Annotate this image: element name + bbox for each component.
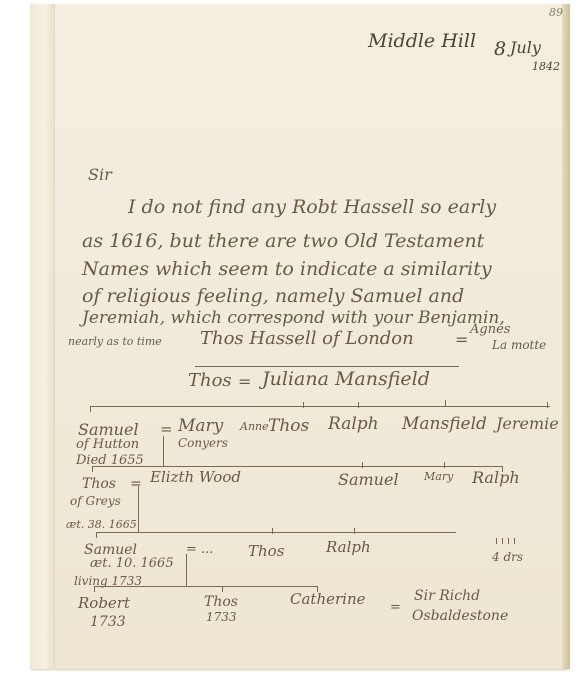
gen5-marriage-sign: = ... bbox=[186, 542, 213, 557]
gen2-tick bbox=[445, 400, 446, 406]
gen5-tick bbox=[94, 586, 95, 592]
gen2-descent-line bbox=[90, 406, 550, 407]
page-number: 89 bbox=[549, 6, 563, 19]
gen3-sibling: Mansfield bbox=[402, 414, 487, 434]
gen5-samuel-age: æt. 10. 1665 bbox=[90, 556, 174, 571]
gen3-wife-line1: Mary bbox=[178, 416, 223, 436]
gen4-sibling: Samuel bbox=[338, 470, 399, 489]
gen4-tick bbox=[514, 538, 515, 544]
gen2-tick bbox=[547, 402, 548, 408]
place-name: Middle Hill bbox=[368, 30, 476, 52]
gen4-tick bbox=[96, 532, 97, 538]
gen4-thos-age: æt. 38. 1665 bbox=[66, 518, 137, 531]
gen4-thos-of: of Greys bbox=[70, 494, 121, 508]
gen2-wife: Juliana Mansfield bbox=[262, 368, 430, 390]
gen4-tick bbox=[272, 528, 273, 534]
gen1-wife-line1: Agnes bbox=[470, 322, 510, 337]
gen2-husband: Thos bbox=[188, 370, 232, 391]
gen5-daughters: 4 drs bbox=[492, 550, 523, 564]
gen3-wife-line2: Conyers bbox=[178, 436, 228, 450]
body-line-5: Jeremiah, which correspond with your Ben… bbox=[82, 308, 505, 328]
gen5-descent-line bbox=[94, 586, 318, 587]
gen3-tick bbox=[444, 462, 445, 468]
gen3-bracket bbox=[163, 436, 164, 466]
gen4-descent-line bbox=[96, 532, 456, 533]
gen6-robert-year: 1733 bbox=[90, 614, 126, 630]
gen5-bracket bbox=[186, 554, 187, 586]
gen1-marriage-sign: = bbox=[455, 330, 468, 349]
salutation: Sir bbox=[88, 165, 112, 184]
date-day: 8 bbox=[494, 38, 506, 60]
gen6-marriage-sign: = bbox=[390, 600, 401, 615]
gen1-wife-line2: La motte bbox=[492, 338, 546, 352]
gen6-husband-line1: Sir Richd bbox=[414, 588, 480, 604]
gen5-sibling: Ralph bbox=[326, 538, 371, 556]
gen3-marriage-sign: = bbox=[160, 420, 173, 438]
gen3-descent-line bbox=[92, 466, 502, 467]
gen1-husband: Thos Hassell of London bbox=[200, 328, 414, 349]
gen3-sibling: Thos bbox=[268, 416, 309, 436]
page-fold-edge bbox=[30, 4, 55, 669]
gen3-tick bbox=[362, 462, 363, 468]
date-month: July bbox=[510, 38, 541, 57]
gen2-tick bbox=[358, 402, 359, 408]
gen3-tick bbox=[92, 466, 93, 472]
gen4-tick bbox=[496, 538, 497, 544]
body-line-1: I do not find any Robt Hassell so early bbox=[128, 196, 496, 218]
gen4-sibling: Ralph bbox=[472, 468, 520, 487]
gen6-robert: Robert bbox=[78, 594, 130, 612]
gen3-sibling: Anne bbox=[240, 420, 269, 433]
body-line-3: Names which seem to indicate a similarit… bbox=[82, 258, 492, 280]
gen2-tick bbox=[90, 406, 91, 412]
gen4-wife: Elizth Wood bbox=[150, 468, 241, 486]
margin-note: nearly as to time bbox=[68, 335, 162, 348]
gen6-thos-year: 1733 bbox=[206, 610, 237, 624]
gen4-marriage-sign: = bbox=[130, 476, 142, 492]
gen2-tick bbox=[303, 402, 304, 408]
gen5-sibling: Thos bbox=[248, 542, 284, 560]
gen3-sibling: Ralph bbox=[328, 414, 379, 434]
gen6-thos: Thos bbox=[204, 594, 238, 610]
body-line-4: of religious feeling, namely Samuel and bbox=[82, 285, 464, 307]
page-right-edge bbox=[562, 4, 570, 669]
gen2-marriage-sign: = bbox=[238, 372, 251, 391]
date-year: 1842 bbox=[532, 60, 560, 73]
gen4-tick bbox=[508, 538, 509, 544]
gen6-husband-line2: Osbaldestone bbox=[412, 608, 508, 624]
body-line-2: as 1616, but there are two Old Testament bbox=[82, 230, 484, 252]
gen4-tick bbox=[502, 538, 503, 544]
gen4-thos: Thos bbox=[82, 476, 116, 492]
gen4-bracket bbox=[138, 486, 139, 532]
gen1-descent-line bbox=[195, 366, 459, 367]
gen6-catherine: Catherine bbox=[290, 590, 366, 608]
gen4-sibling: Mary bbox=[424, 470, 453, 483]
gen3-sibling: Jeremie bbox=[496, 414, 559, 433]
gen5-tick bbox=[222, 586, 223, 592]
gen3-samuel-of: of Hutton bbox=[76, 437, 139, 452]
gen4-tick bbox=[354, 528, 355, 534]
